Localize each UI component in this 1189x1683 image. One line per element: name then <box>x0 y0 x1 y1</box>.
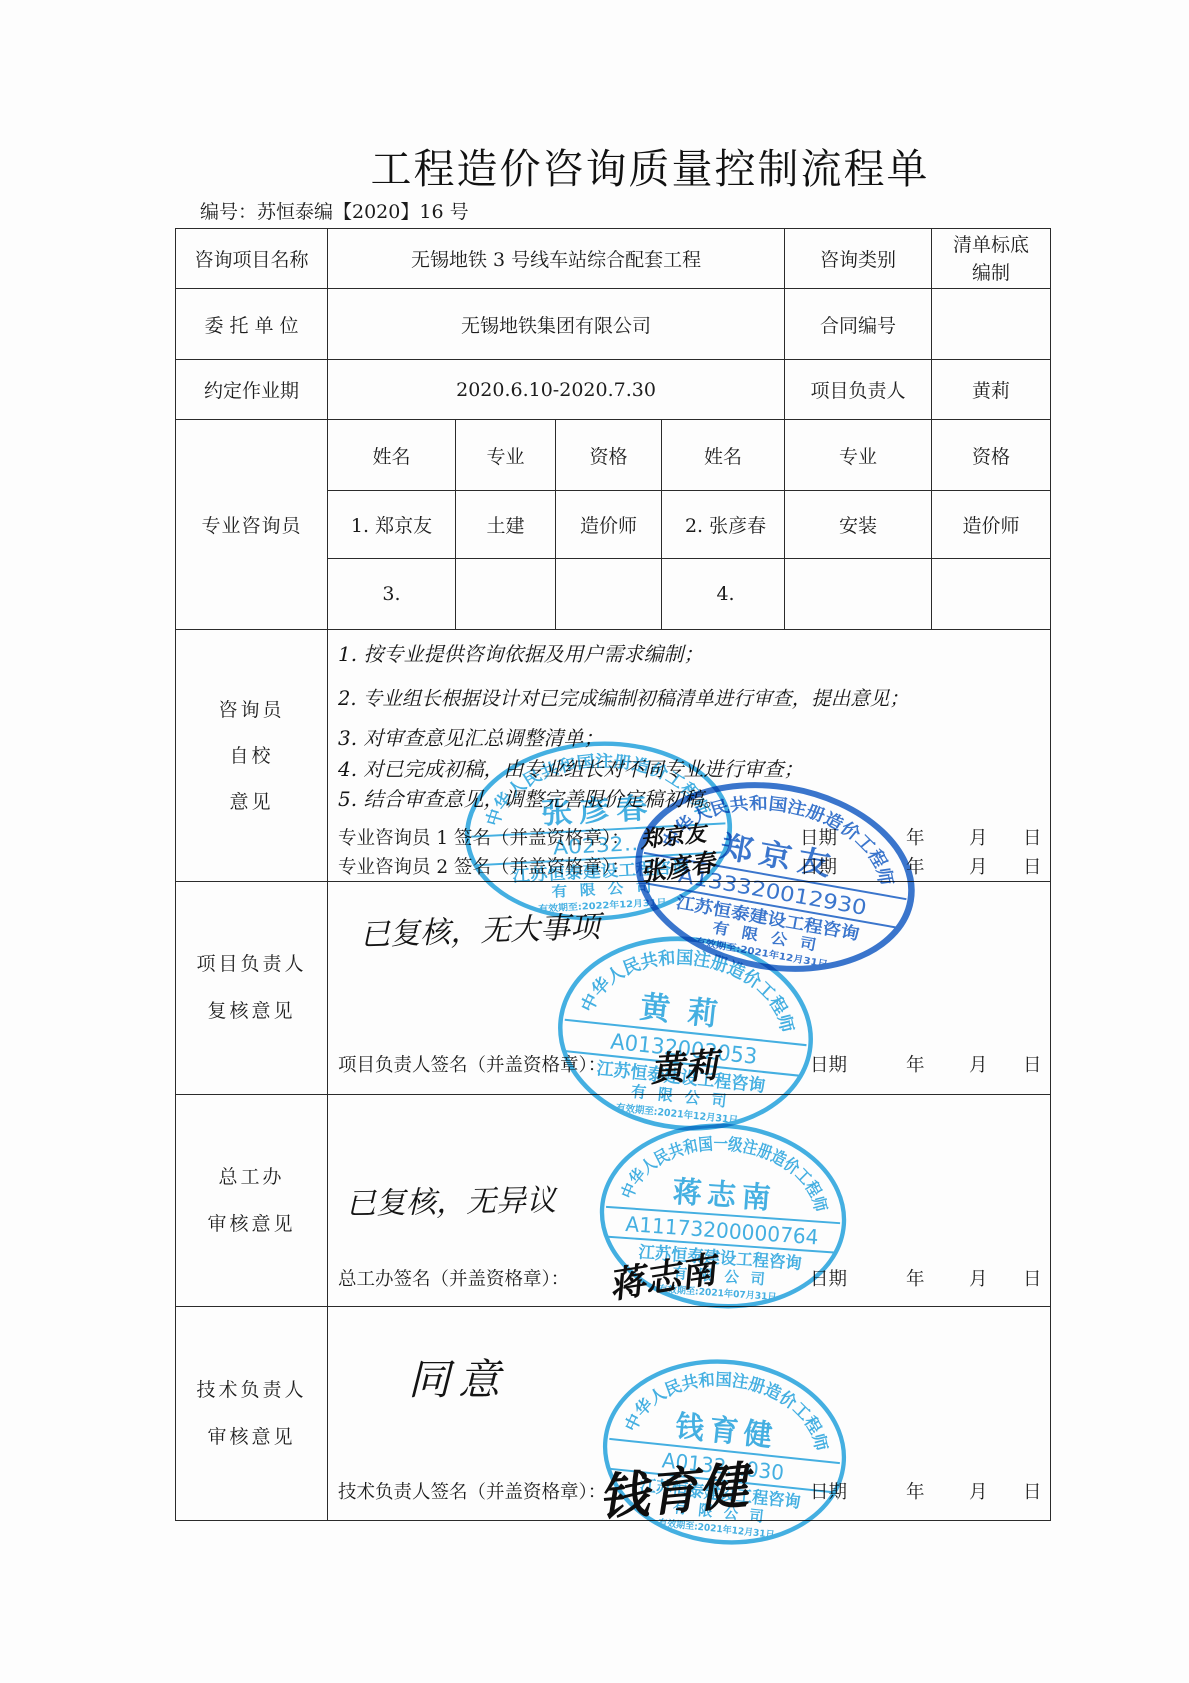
review-label: 总工办 审核意见 <box>176 1095 328 1307</box>
period-label: 约定作业期 <box>176 360 328 420</box>
date-month-label[interactable]: 月 <box>969 1051 988 1077</box>
consultant-qualification: 造价师 <box>932 491 1051 559</box>
column-header: 姓名 <box>662 420 785 491</box>
row-client: 委 托 单 位 无锡地铁集团有限公司 合同编号 <box>176 289 1051 360</box>
signature-line-label: 专业咨询员 2 签名（并盖资格章）： <box>338 853 630 879</box>
consultant-qualification <box>556 559 662 630</box>
signature-line-label: 专业咨询员 1 签名（并盖资格章）： <box>338 824 630 850</box>
date-day-label[interactable]: 日 <box>1023 853 1042 879</box>
signature-line-label: 总工办签名（并盖资格章）： <box>338 1265 569 1291</box>
handwritten-opinion-line: 1. 按专业提供咨询依据及用户需求编制； <box>338 638 703 667</box>
category-value-line: 编制 <box>932 259 1050 287</box>
category-value: 清单标底 编制 <box>932 229 1051 289</box>
review-row-chief-office: 总工办 审核意见 已复核，无异议 总工办签名（并盖资格章）： 日期 年 月 日 <box>176 1095 1051 1307</box>
review-label-line: 项目负责人 <box>176 941 327 988</box>
review-label: 项目负责人 复核意见 <box>176 882 328 1095</box>
date-year-label[interactable]: 年 <box>906 1478 925 1504</box>
review-content: 同意 技术负责人签名（并盖资格章）： 日期 年 月 日 <box>328 1307 1051 1521</box>
date-label: 日期 <box>810 1478 847 1504</box>
column-header: 专业 <box>785 420 932 491</box>
review-label: 技术负责人 审核意见 <box>176 1307 328 1521</box>
signature-line-label: 项目负责人签名（并盖资格章）： <box>338 1051 606 1077</box>
consultants-header-row: 专业咨询员 姓名 专业 资格 姓名 专业 资格 <box>176 420 1051 491</box>
date-day-label[interactable]: 日 <box>1023 1478 1042 1504</box>
document-page: 工程造价咨询质量控制流程单 编号：苏恒泰编【2020】16 号 咨询项目名称 无… <box>0 0 1189 1683</box>
category-label: 咨询类别 <box>785 229 932 289</box>
date-year-label[interactable]: 年 <box>906 1051 925 1077</box>
handwritten-opinion-line: 5. 结合审查意见，调整完善限价定稿初稿。 <box>338 783 723 812</box>
date-month-label[interactable]: 月 <box>969 1265 988 1291</box>
consultant-specialty: 土建 <box>456 491 556 559</box>
handwritten-opinion: 已复核，无大事项 <box>359 902 600 954</box>
date-day-label[interactable]: 日 <box>1023 1265 1042 1291</box>
consultant-name: 3. <box>328 559 456 630</box>
handwritten-opinion: 已复核，无异议 <box>346 1175 557 1223</box>
period-value: 2020.6.10-2020.7.30 <box>328 360 785 420</box>
handwritten-opinion-line: 2. 专业组长根据设计对已完成编制初稿清单进行审查，提出意见； <box>338 683 909 711</box>
handwritten-opinion-line: 3. 对审查意见汇总调整清单； <box>338 722 603 751</box>
column-header: 资格 <box>556 420 662 491</box>
column-header: 姓名 <box>328 420 456 491</box>
review-label-line: 意见 <box>176 779 327 825</box>
column-header: 专业 <box>456 420 556 491</box>
consultant-qualification <box>932 559 1051 630</box>
review-label: 咨询员 自校 意见 <box>176 630 328 882</box>
review-row-project-manager: 项目负责人 复核意见 已复核，无大事项 项目负责人签名（并盖资格章）： 日期 年… <box>176 882 1051 1095</box>
review-row-self-check: 咨询员 自校 意见 1. 按专业提供咨询依据及用户需求编制； 2. 专业组长根据… <box>176 630 1051 882</box>
consultant-specialty <box>456 559 556 630</box>
review-label-line: 咨询员 <box>176 687 327 733</box>
handwritten-opinion: 同意 <box>408 1347 508 1407</box>
client-label: 委 托 单 位 <box>176 289 328 360</box>
manager-label: 项目负责人 <box>785 360 932 420</box>
handwritten-opinion-line: 4. 对已完成初稿，由专业组长对不同专业进行审查； <box>338 753 803 782</box>
review-label-line: 自校 <box>176 733 327 779</box>
consultants-label: 专业咨询员 <box>176 420 328 630</box>
review-label-line: 复核意见 <box>176 988 327 1035</box>
date-label: 日期 <box>810 1265 847 1291</box>
contract-label: 合同编号 <box>785 289 932 360</box>
date-year-label[interactable]: 年 <box>906 824 925 850</box>
date-year-label[interactable]: 年 <box>906 853 925 879</box>
date-label: 日期 <box>810 1051 847 1077</box>
date-label: 日期 <box>800 824 837 850</box>
date-month-label[interactable]: 月 <box>969 1478 988 1504</box>
document-number: 编号：苏恒泰编【2020】16 号 <box>200 197 469 224</box>
consultant-name: 2. 张彦春 <box>662 491 785 559</box>
row-project-name: 咨询项目名称 无锡地铁 3 号线车站综合配套工程 咨询类别 清单标底 编制 <box>176 229 1051 289</box>
column-header: 资格 <box>932 420 1051 491</box>
review-label-line: 技术负责人 <box>176 1367 327 1414</box>
category-value-line: 清单标底 <box>932 231 1050 259</box>
date-month-label[interactable]: 月 <box>969 824 988 850</box>
date-year-label[interactable]: 年 <box>906 1265 925 1291</box>
date-day-label[interactable]: 日 <box>1023 824 1042 850</box>
consultant-qualification: 造价师 <box>556 491 662 559</box>
date-month-label[interactable]: 月 <box>969 853 988 879</box>
manager-value: 黄莉 <box>932 360 1051 420</box>
project-name-label: 咨询项目名称 <box>176 229 328 289</box>
project-name-value: 无锡地铁 3 号线车站综合配套工程 <box>328 229 785 289</box>
document-title: 工程造价咨询质量控制流程单 <box>360 136 940 195</box>
review-label-line: 总工办 <box>176 1154 327 1201</box>
consultant-specialty <box>785 559 932 630</box>
signature-line-label: 技术负责人签名（并盖资格章）： <box>338 1478 606 1504</box>
date-day-label[interactable]: 日 <box>1023 1051 1042 1077</box>
row-period: 约定作业期 2020.6.10-2020.7.30 项目负责人 黄莉 <box>176 360 1051 420</box>
client-value: 无锡地铁集团有限公司 <box>328 289 785 360</box>
consultant-name: 1. 郑京友 <box>328 491 456 559</box>
consultant-name: 4. <box>662 559 785 630</box>
review-content: 1. 按专业提供咨询依据及用户需求编制； 2. 专业组长根据设计对已完成编制初稿… <box>328 630 1051 882</box>
review-row-technical-lead: 技术负责人 审核意见 同意 技术负责人签名（并盖资格章）： 日期 年 月 日 <box>176 1307 1051 1521</box>
consultant-specialty: 安装 <box>785 491 932 559</box>
review-label-line: 审核意见 <box>176 1414 327 1461</box>
date-label: 日期 <box>800 853 837 879</box>
quality-control-form: 咨询项目名称 无锡地铁 3 号线车站综合配套工程 咨询类别 清单标底 编制 委 … <box>175 228 1051 1521</box>
contract-value <box>932 289 1051 360</box>
review-label-line: 审核意见 <box>176 1201 327 1248</box>
review-content: 已复核，无异议 总工办签名（并盖资格章）： 日期 年 月 日 <box>328 1095 1051 1307</box>
review-content: 已复核，无大事项 项目负责人签名（并盖资格章）： 日期 年 月 日 <box>328 882 1051 1095</box>
